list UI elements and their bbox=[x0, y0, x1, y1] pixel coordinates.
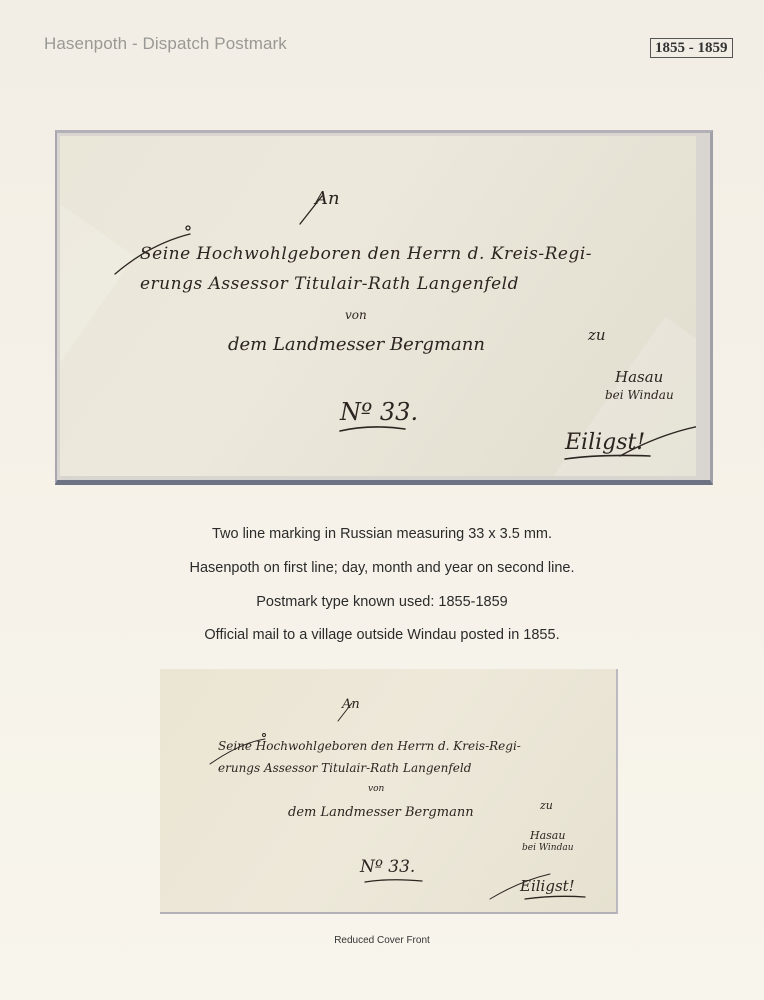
cover-number: Nº 33. bbox=[340, 398, 418, 426]
destination-line: Hasau bbox=[615, 368, 663, 386]
handwriting-line: Seine Hochwohlgeboren den Herrn d. Kreis… bbox=[218, 739, 521, 753]
cover-number: Nº 33. bbox=[360, 857, 415, 877]
description-line: Postmark type known used: 1855-1859 bbox=[0, 594, 764, 610]
description-line: Two line marking in Russian measuring 33… bbox=[0, 526, 764, 542]
destination-line: bei Windau bbox=[605, 388, 674, 402]
handwriting-line: von bbox=[345, 308, 367, 322]
handwriting-line: erungs Assessor Titulair-Rath Langenfeld bbox=[140, 274, 519, 294]
closing-word: Eiligst! bbox=[520, 877, 575, 895]
closing-word: Eiligst! bbox=[565, 430, 645, 455]
handwriting-line: von bbox=[368, 784, 384, 794]
handwriting-line: zu bbox=[588, 326, 606, 344]
handwriting-line: An bbox=[315, 188, 340, 209]
handwriting-line: dem Landmesser Bergmann bbox=[228, 334, 485, 355]
reduced-cover-caption: Reduced Cover Front bbox=[0, 935, 764, 946]
handwriting-line: dem Landmesser Bergmann bbox=[288, 805, 474, 820]
main-cover-mount: An Seine Hochwohlgeboren den Herrn d. Kr… bbox=[55, 130, 713, 485]
main-cover-image: An Seine Hochwohlgeboren den Herrn d. Kr… bbox=[60, 136, 696, 476]
destination-line: Hasau bbox=[530, 829, 565, 842]
reduced-cover-image: An Seine Hochwohlgeboren den Herrn d. Kr… bbox=[160, 669, 618, 914]
handwriting-line: Seine Hochwohlgeboren den Herrn d. Kreis… bbox=[140, 244, 592, 264]
handwriting-line: An bbox=[342, 697, 360, 712]
description-line: Official mail to a village outside Winda… bbox=[0, 627, 764, 643]
description-line: Hasenpoth on first line; day, month and … bbox=[0, 560, 764, 576]
destination-line: bei Windau bbox=[522, 843, 574, 853]
handwriting-line: zu bbox=[540, 799, 553, 812]
page-title: Hasenpoth - Dispatch Postmark bbox=[44, 34, 287, 54]
date-range-badge: 1855 - 1859 bbox=[650, 38, 733, 58]
handwriting-line: erungs Assessor Titulair-Rath Langenfeld bbox=[218, 761, 471, 775]
